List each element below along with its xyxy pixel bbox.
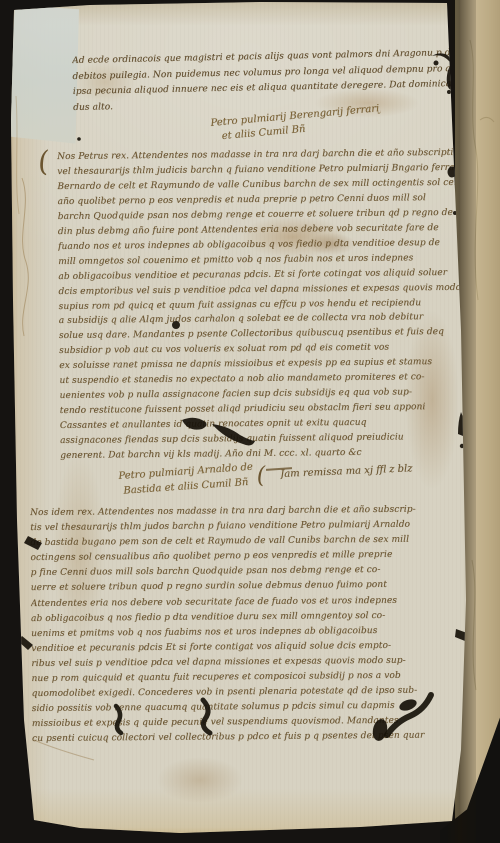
entry1-body: Nos Petrus rex. Attendentes nos madasse … [57, 146, 461, 464]
manuscript-photo: Ad ecde ordinacois que magistri et pacis… [0, 0, 500, 843]
top-marginal-note: Ad ecde ordinacois que magistri et pacis… [72, 46, 459, 116]
entry2-body: Nos idem rex. Attendentes nos madasse in… [30, 502, 460, 747]
water-stain [140, 748, 260, 812]
margin-note-bracket: ( [256, 463, 266, 489]
manuscript-page: Ad ecde ordinacois que magistri et pacis… [0, 0, 500, 843]
